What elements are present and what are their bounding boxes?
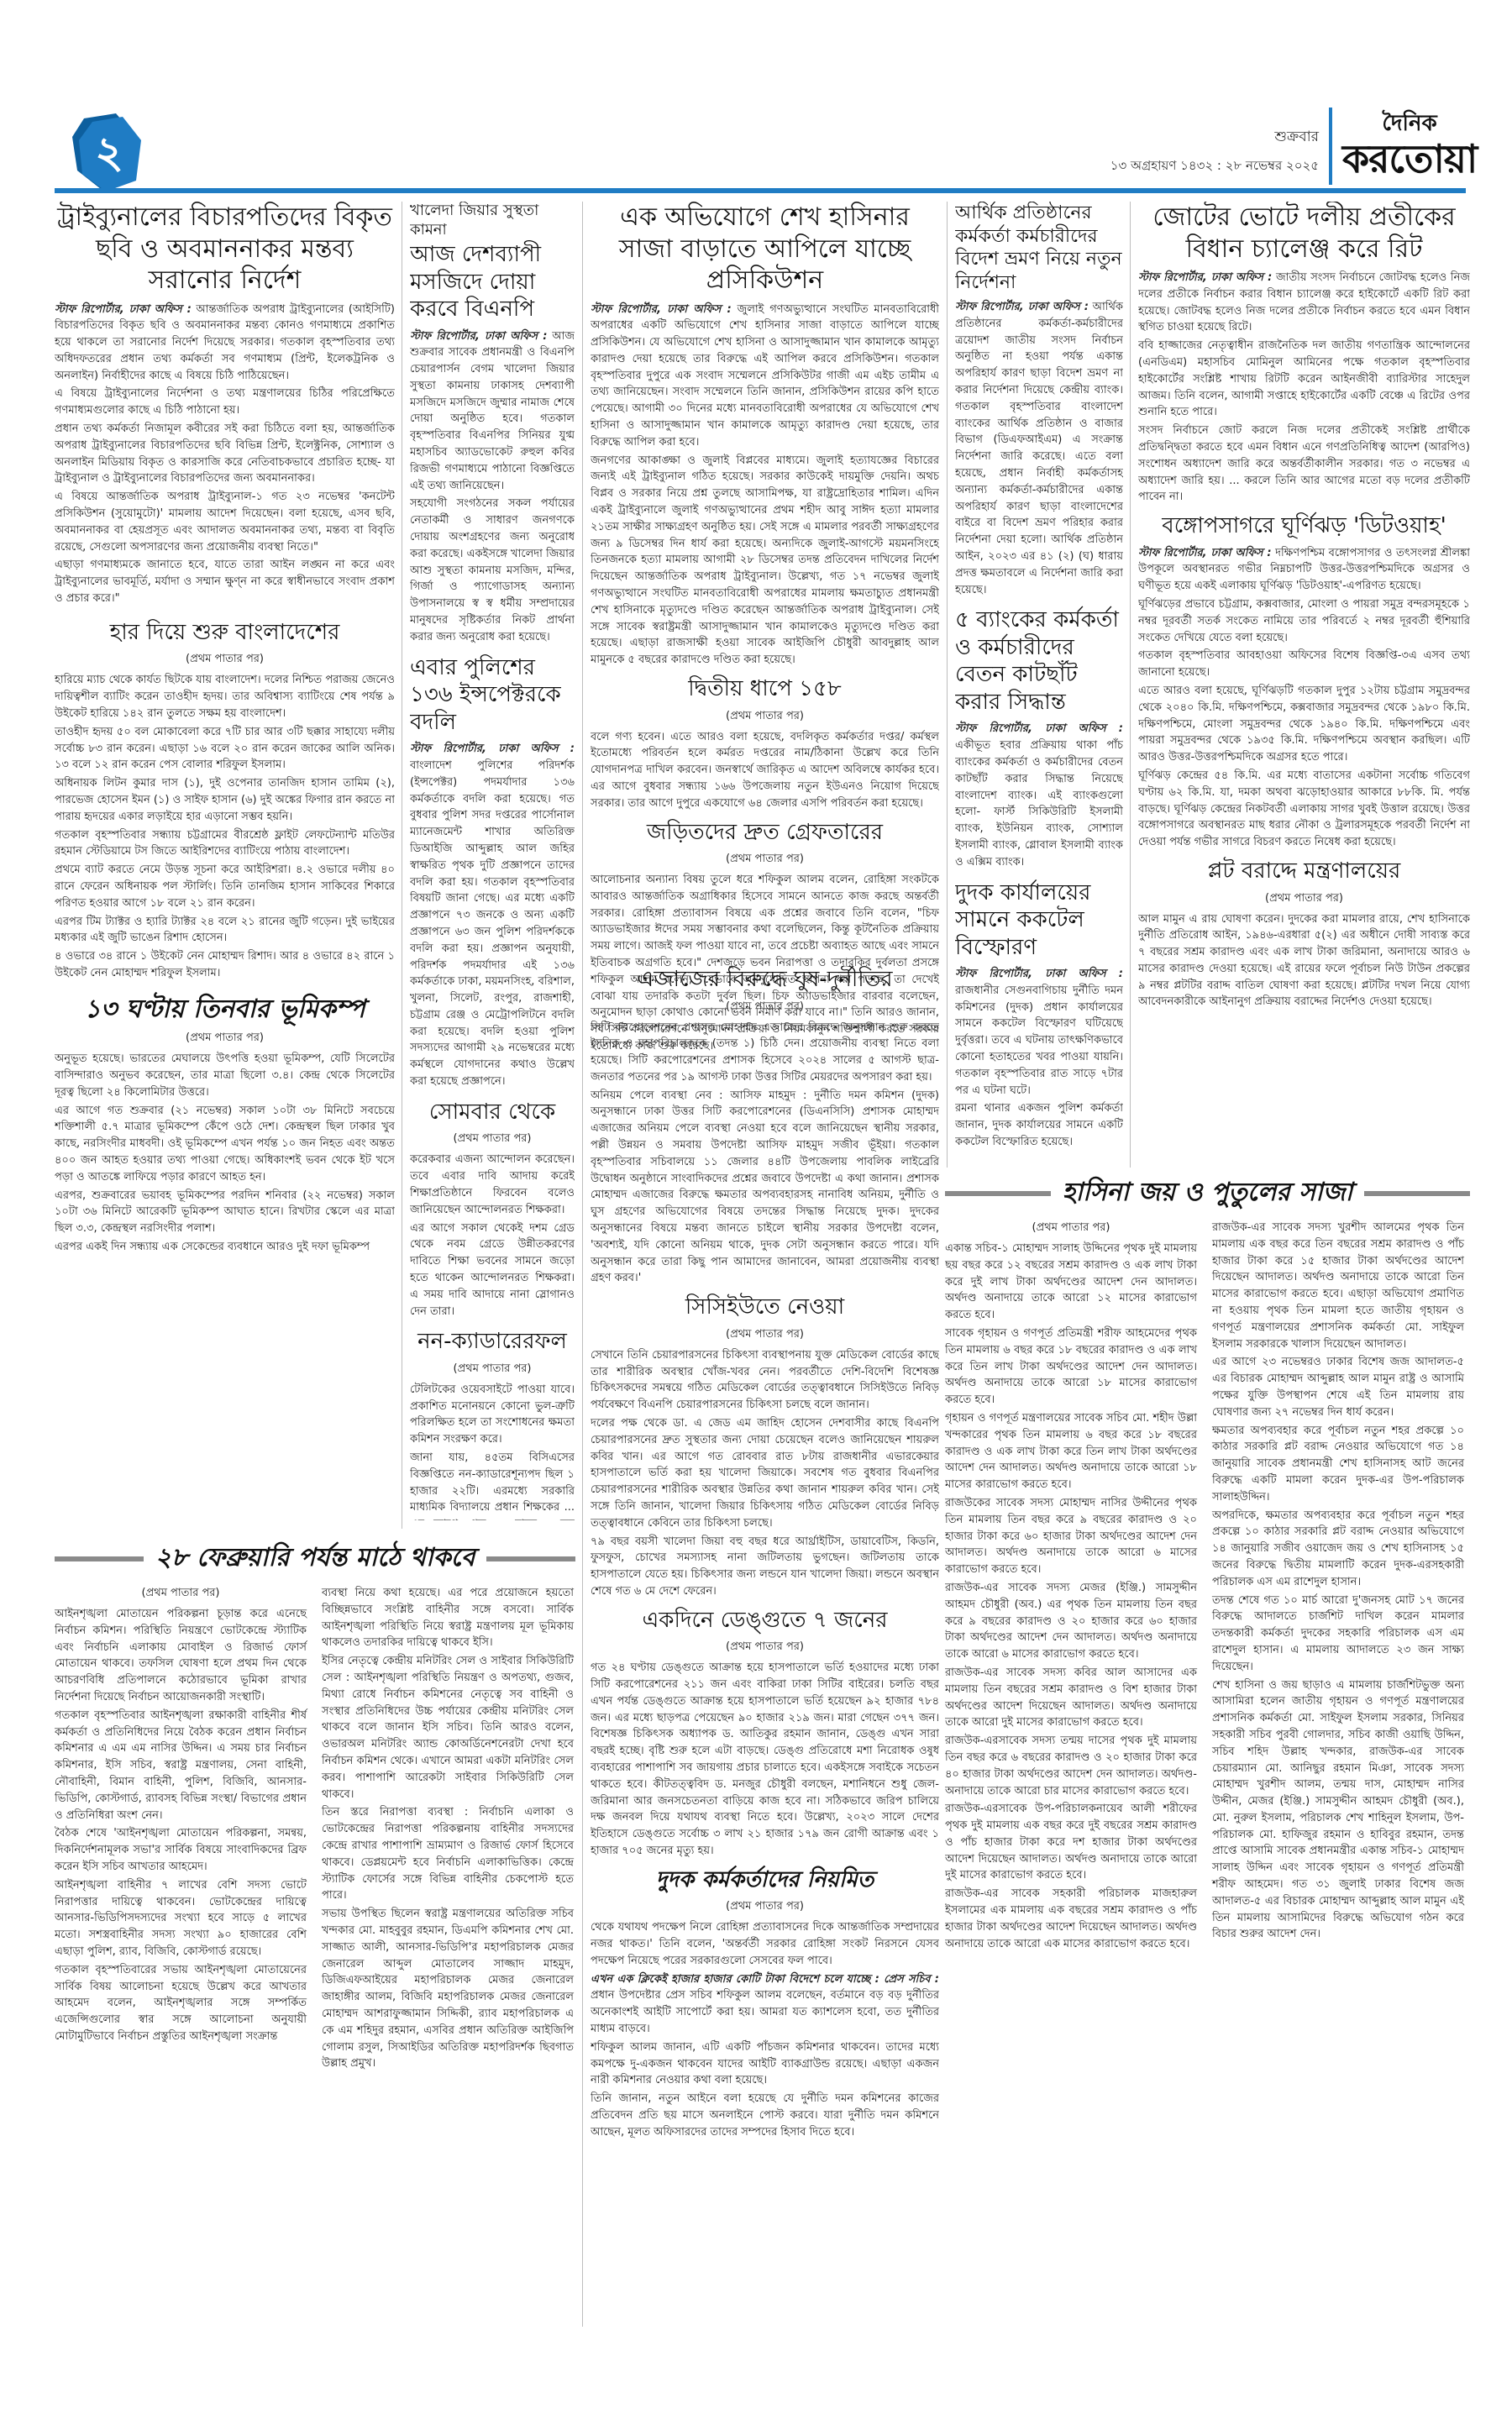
article-ejaz: এজাজের বিরুদ্ধে ঘুষ-দুর্নীতির (প্রথম পাত… <box>591 966 939 1287</box>
paragraph: রাজউক-এর সাবেক সদস্য কবির আল আসাদের এক ম… <box>945 1665 1197 1731</box>
paragraph: জানা যায়, ৪৫তম বিসিএসের বিজ্ঞপ্তিতে নন-… <box>410 1450 575 1520</box>
paragraph: জুলাই গণঅভ্যুত্থানে সংঘটিত মানবতাবিরোধী … <box>591 303 939 449</box>
headline[interactable]: ৫ ব্যাংকের কর্মকর্তা ও কর্মচারীদের বেতন … <box>955 606 1123 716</box>
paragraph: ইসির নেতৃত্বে কেন্দ্রীয় মনিটরিং সেল ও স… <box>322 1653 574 1803</box>
paragraph: গতকাল বৃহস্পতিবারের সভায় আইনশৃঙ্খলা মোত… <box>55 1962 307 2045</box>
paragraph: এর আগে গত শুক্রবার (২১ নভেম্বর) সকাল ১০ট… <box>55 1103 395 1186</box>
paragraph: আইনশৃঙ্খলা বাহিনীর ৭ লাখের বেশি সদস্য ভো… <box>55 1877 307 1960</box>
subhead: এখন এক ক্লিকেই হাজার হাজার কোটি টাকা বিদ… <box>591 1973 939 1986</box>
article-plot: প্লট বরাদ্দে মন্ত্রণালয়ের (প্রথম পাতার … <box>1138 858 1470 1010</box>
paragraph: ৭৯ বছর বয়সী খালেদা জিয়া বহু বছর ধরে আর… <box>591 1534 939 1600</box>
paragraph: এছাড়া গণমাধ্যমকে জানাতে হবে, যাতে তারা … <box>55 557 395 606</box>
headline[interactable]: নন-ক্যাডারেরফল <box>410 1328 575 1356</box>
paragraph: দলের পক্ষ থেকে ডা. এ জেড এম জাহিদ হোসেন … <box>591 1415 939 1532</box>
continued-note: (প্রথম পাতার পর) <box>55 1030 395 1047</box>
article-election: ২৮ ফেব্রুয়ারি পর্যন্ত মাঠে থাকবে (প্রথম… <box>55 1537 575 2327</box>
paragraph: অনিয়ম পেলে ব্যবস্থা নেব : আসিফ মাহমুদ :… <box>591 1088 939 1288</box>
paragraph: ঘূর্ণিঝড়ের প্রভাবে চট্টগ্রাম, কক্সবাজার… <box>1138 596 1470 646</box>
continued-note: (প্রথম পাতার পর) <box>410 1361 575 1378</box>
election-col-2: ব্যবস্থা নিয়ে কথা হয়েছে। এর পরে প্রয়ো… <box>322 1585 574 2074</box>
paragraph: রাজউক-এর সাবেক সদস্য খুরশীদ আলমের পৃথক ত… <box>1212 1220 1464 1352</box>
paragraph: শেখ হাসিনা ও জয় ছাড়াও এ মামলায় চার্জশ… <box>1212 1677 1464 1944</box>
paragraph: আর্থিক প্রতিষ্ঠানের কর্মকর্তা-কর্মচারীদে… <box>955 301 1123 596</box>
issue-date: ১৩ অগ্রহায়ণ ১৪৩২ : ২৮ নভেম্বর ২০২৫ <box>1110 156 1319 177</box>
paragraph: সাবেক গৃহায়ন ও গণপূর্ত প্রতিমন্ত্রী শরী… <box>945 1325 1197 1409</box>
headline[interactable]: একদিনে ডেঙ্গুতে ৭ জনের <box>591 1607 939 1635</box>
article-cricket: হার দিয়ে শুরু বাংলাদেশের (প্রথম পাতার প… <box>55 619 395 982</box>
column-5: জোটের ভোটে দলীয় প্রতীকের বিধান চ্যালেঞ্… <box>1138 202 1470 1168</box>
continued-note: (প্রথম পাতার পর) <box>591 1639 939 1656</box>
headline[interactable]: এজাজের বিরুদ্ধে ঘুষ-দুর্নীতির <box>591 966 939 994</box>
paragraph: তদন্ত শেষে গত ১০ মার্চ আরো দু'জনসহ মোট ১… <box>1212 1593 1464 1676</box>
paragraph: টেলিটকের ওয়েবসাইটে পাওয়া যাবে। প্রকাশি… <box>410 1382 575 1448</box>
paragraph: সভায় উপস্থিত ছিলেন স্বরাষ্ট্র মন্ত্রণাল… <box>322 1906 574 2072</box>
byline: স্টাফ রিপোর্টার, ঢাকা অফিস : <box>591 303 732 316</box>
headline[interactable]: দ্বিতীয় ধাপে ১৫৮ <box>591 675 939 703</box>
paragraph: গতকাল বৃহস্পতিবার আবহাওয়া অফিসের বিশেষ … <box>1138 648 1470 681</box>
paragraph: সংসদ নির্বাচনে জোট করলে নিজ দলের প্রতীকে… <box>1138 422 1470 506</box>
article-foreign-travel: আর্থিক প্রতিষ্ঠানের কর্মকর্তা কর্মচারীদে… <box>955 202 1123 598</box>
article-police: এবার পুলিশের ১৩৬ ইন্সপেক্টরকে বদলি স্টাফ… <box>410 654 575 1090</box>
article-dengue: একদিনে ডেঙ্গুতে ৭ জনের (প্রথম পাতার পর) … <box>591 1607 939 1860</box>
paragraph: বৈঠক শেষে 'আইনশৃঙ্খলা মোতায়েন পরিকল্পনা… <box>55 1825 307 1875</box>
paragraph: ৪ ওভারে ৩৪ রানে ১ উইকেট নেন মোহাম্মদ রিশ… <box>55 948 395 982</box>
paragraph: রাজউক-এরসাবেক উপ-পরিচালকনায়েব আলী শরীফে… <box>945 1801 1197 1884</box>
paragraph: এ বিষয়ে ট্রাইব্যুনালের নির্দেশনা ও তথ্য… <box>55 386 395 419</box>
hasina-joy-col-1: (প্রথম পাতার পর) একান্ত সচিব-১ মোহাম্মদ … <box>945 1220 1197 1954</box>
paragraph: অপরদিকে, ক্ষমতার অপব্যবহার করে পূর্বাচল … <box>1212 1508 1464 1591</box>
paragraph: এ বিষয়ে আন্তর্জাতিক অপরাধ ট্রাইব্যুনাল-… <box>55 489 395 555</box>
paragraph: বাংলাদেশ পুলিশের পরিদর্শক (ইন্সপেক্টর) প… <box>410 759 575 1088</box>
continued-note: (প্রথম পাতার পর) <box>55 1585 307 1603</box>
paragraph: একীভূত হবার প্রক্রিয়ায় থাকা পাঁচ ব্যাং… <box>955 739 1123 869</box>
paragraph: সিটি করপোরেশনের প্রশাসক মোহাম্মদ এজাজের … <box>591 1020 939 1086</box>
page-number: ২ <box>95 128 123 178</box>
paragraph: রাজউক-এর সাবেক সহকারী পরিচালক মাজহারুল ই… <box>945 1886 1197 1952</box>
article-ccu: সিসিইউতে নেওয়া (প্রথম পাতার পর) সেখানে … <box>591 1294 939 1599</box>
article-second-phase: দ্বিতীয় ধাপে ১৫৮ (প্রথম পাতার পর) বলে গ… <box>591 675 939 811</box>
rule-left <box>55 1556 144 1561</box>
byline: স্টাফ রিপোর্টার, ঢাকা অফিস : <box>410 330 547 343</box>
article-khaleda-dua: খালেদা জিয়ার সুস্থতা কামনা আজ দেশব্যাপী… <box>410 202 575 646</box>
byline: স্টাফ রিপোর্টার, ঢাকা অফিস : <box>1138 271 1272 284</box>
weekday: শুক্রবার <box>1110 126 1319 150</box>
headline[interactable]: হার দিয়ে শুরু বাংলাদেশের <box>55 619 395 647</box>
continued-note: (প্রথম পাতার পর) <box>591 999 939 1016</box>
byline: স্টাফ রিপোর্টার, ঢাকা অফিস : <box>955 968 1123 980</box>
paragraph: একান্ত সচিব-১ মোহাম্মদ সালাহ উদ্দিনের পৃ… <box>945 1241 1197 1324</box>
article-noncadre: নন-ক্যাডারেরফল (প্রথম পাতার পর) টেলিটকের… <box>410 1328 575 1520</box>
article-hasina-appeal: এক অভিযোগে শেখ হাসিনার সাজা বাড়াতে আপিল… <box>591 202 939 669</box>
paragraph: আইনশৃঙ্খলা মোতায়েন পরিকল্পনা চূড়ান্ত ক… <box>55 1606 307 1706</box>
paragraph: সেখানে তিনি চেয়ারপারসনের চিকিৎসা ব্যবস্… <box>591 1347 939 1414</box>
paragraph: থেকে যথাযথ পদক্ষেপ নিলে রোহিঙ্গা প্রত্যা… <box>591 1919 939 1969</box>
article-alliance: জোটের ভোটে দলীয় প্রতীকের বিধান চ্যালেঞ্… <box>1138 202 1470 506</box>
paragraph: ব্যবস্থা নিয়ে কথা হয়েছে। এর পরে প্রয়ো… <box>322 1585 574 1651</box>
paragraph: আল মামুন এ রায় ঘোষণা করেন। দুদকের করা ম… <box>1138 911 1470 1011</box>
continued-note: (প্রথম পাতার পর) <box>591 1898 939 1916</box>
paragraph: এরপর, শুক্রবারের ভয়াবহ ভূমিকম্পের পরদিন… <box>55 1188 395 1237</box>
paragraph: এরপর টিম ট্যাক্টর ও হ্যারি ট্যাক্টর ২৪ ব… <box>55 914 395 947</box>
headline[interactable]: ১৩ ঘণ্টায় তিনবার ভূমিকম্প <box>55 994 395 1026</box>
hasina-joy-col-2: রাজউক-এর সাবেক সদস্য খুরশীদ আলমের পৃথক ত… <box>1212 1220 1464 1954</box>
article-monday: সোমবার থেকে (প্রথম পাতার পর) করেকবার এজন… <box>410 1099 575 1320</box>
paragraph: অধিনায়ক লিটন কুমার দাস (১), দুই ওপেনার … <box>55 775 395 825</box>
article-cocktail: দুদক কার্যালয়ের সামনে ককটেল বিস্ফোরণ স্… <box>955 879 1123 1151</box>
article-tribunal: ট্রাইব্যুনালের বিচারপতিদের বিকৃত ছবি ও অ… <box>55 202 395 607</box>
paragraph: বলে গণ্য হবেন। এতে আরও বলা হয়েছে, বদলিক… <box>591 729 939 812</box>
article-acc-officials: দুদক কর্মকর্তাদের নিয়মিত (প্রথম পাতার প… <box>591 1866 939 2141</box>
paragraph: ঘূর্ণিঝড় কেন্দ্রের ৫৪ কি.মি. এর মধ্যে ব… <box>1138 768 1470 851</box>
paragraph: এর আগে ২৩ নভেম্বরও ঢাকার বিশেষ জজ আদালত-… <box>1212 1354 1464 1420</box>
paragraph: করেকবার এজন্য আন্দোলন করেছেন। তবে এবার দ… <box>410 1152 575 1218</box>
paragraph: ববি হাজ্জাজের নেতৃত্বাধীন রাজনৈতিক দল জা… <box>1138 338 1470 421</box>
rule-left <box>945 1191 1051 1196</box>
byline: স্টাফ রিপোর্টার, ঢাকা অফিস : <box>55 303 192 316</box>
column-3-lower: এজাজের বিরুদ্ধে ঘুষ-দুর্নীতির (প্রথম পাত… <box>591 966 939 2327</box>
paragraph: রাজধানীর সেগুনবাগিচায় দুর্নীতি দমন কমিশ… <box>955 984 1123 1097</box>
continued-note: (প্রথম পাতার পর) <box>55 651 395 669</box>
column-2: খালেদা জিয়ার সুস্থতা কামনা আজ দেশব্যাপী… <box>410 202 575 1520</box>
section-heading: ২৮ ফেব্রুয়ারি পর্যন্ত মাঠে থাকবে <box>55 1537 575 1580</box>
headline[interactable]: ২৮ ফেব্রুয়ারি পর্যন্ত মাঠে থাকবে <box>155 1537 475 1580</box>
paragraph: হারিয়ে ম্যাচ থেকে কার্যত ছিটকে যায় বাং… <box>55 672 395 722</box>
continued-note: (প্রথম পাতার পর) <box>945 1220 1197 1237</box>
masthead-title: করতোয়া <box>1342 136 1477 181</box>
paragraph: রাজউকের সাবেক সদস্য মোহাম্মদ নাসির উদ্দী… <box>945 1495 1197 1578</box>
continued-note: (প্রথম পাতার পর) <box>1138 890 1470 908</box>
paragraph: প্রধান উপদেষ্টার প্রেস সচিব শফিকুল আলম ব… <box>591 1989 939 2035</box>
paragraph: এরপর একই দিন সন্ধ্যায় এক সেকেন্ডের ব্যব… <box>55 1239 395 1256</box>
paragraph: আজ শুক্রবার সাবেক প্রধানমন্ত্রী ও বিএনপি… <box>410 330 575 492</box>
headline[interactable]: বঙ্গোপসাগরে ঘূর্ণিঝড় 'ডিটওয়াহ' <box>1138 512 1470 540</box>
column-4: আর্থিক প্রতিষ্ঠানের কর্মকর্তা কর্মচারীদে… <box>955 202 1123 1168</box>
headline[interactable]: হাসিনা জয় ও পুতুলের সাজা <box>1063 1172 1353 1215</box>
headline[interactable]: আর্থিক প্রতিষ্ঠানের কর্মকর্তা কর্মচারীদে… <box>955 202 1123 294</box>
byline: স্টাফ রিপোর্টার, ঢাকা অফিস : <box>955 722 1123 735</box>
headline[interactable]: সোমবার থেকে <box>410 1099 575 1126</box>
header-rule <box>55 188 1466 193</box>
continued-note: (প্রথম পাতার পর) <box>410 1131 575 1148</box>
paragraph: রাজউক-এরসাবেক সদস্য তন্ময় দাসের পৃথক দু… <box>945 1733 1197 1799</box>
headline[interactable]: সিসিইউতে নেওয়া <box>591 1294 939 1321</box>
paragraph: গতকাল বৃহস্পতিবার সন্ধ্যায় চট্টগ্রামের … <box>55 827 395 861</box>
paragraph: প্রথমে ব্যাট করতে নেমে উড়ন্ত সূচনা করে … <box>55 862 395 911</box>
paragraph: তাওহীদ হৃদয় ৫০ বল মোকাবেলা করে ৭টি চার … <box>55 724 395 774</box>
masthead-prefix: দৈনিক <box>1342 111 1477 136</box>
article-hasina-joy: হাসিনা জয় ও পুতুলের সাজা (প্রথম পাতার প… <box>945 1172 1470 2327</box>
headline[interactable]: জোটের ভোটে দলীয় প্রতীকের বিধান চ্যালেঞ্… <box>1138 202 1470 265</box>
kicker: খালেদা জিয়ার সুস্থতা কামনা <box>410 202 575 239</box>
headline[interactable]: দুদক কার্যালয়ের সামনে ককটেল বিস্ফোরণ <box>955 879 1123 962</box>
page-number-badge: ২ <box>67 112 143 192</box>
paragraph: গতকাল বৃহস্পতিবার আইনশৃঙ্খলা রক্ষাকারী ব… <box>55 1708 307 1824</box>
paragraph: প্রধান তথ্য কর্মকর্তা নিজামূল কবীরের সই … <box>55 421 395 487</box>
headline[interactable]: জড়িতদের দ্রুত গ্রেফতারের <box>591 819 939 847</box>
paragraph: শফিকুল আলম জানান, এটি একটি পাঁচজন কমিশনা… <box>591 2039 939 2089</box>
article-cyclone: বঙ্গোপসাগরে ঘূর্ণিঝড় 'ডিটওয়াহ' স্টাফ র… <box>1138 512 1470 851</box>
paragraph: ক্ষমতার অপব্যবহার করে পূর্বাচল নতুন শহর … <box>1212 1423 1464 1506</box>
dateline: শুক্রবার ১৩ অগ্রহায়ণ ১৪৩২ : ২৮ নভেম্বর … <box>1110 126 1319 177</box>
headline[interactable]: প্লট বরাদ্দে মন্ত্রণালয়ের <box>1138 858 1470 885</box>
headline[interactable]: এবার পুলিশের ১৩৬ ইন্সপেক্টরকে বদলি <box>410 654 575 737</box>
byline: স্টাফ রিপোর্টার, ঢাকা অফিস : <box>955 301 1089 313</box>
masthead-divider <box>1329 108 1332 185</box>
paragraph: সহযোগী সংগঠনের সকল পর্যায়ের নেতাকর্মী ও… <box>410 496 575 645</box>
section-heading: হাসিনা জয় ও পুতুলের সাজা <box>945 1172 1470 1215</box>
rule-right <box>486 1556 575 1561</box>
article-five-banks: ৫ ব্যাংকের কর্মকর্তা ও কর্মচারীদের বেতন … <box>955 606 1123 870</box>
headline[interactable]: এক অভিযোগে শেখ হাসিনার সাজা বাড়াতে আপিল… <box>591 202 939 297</box>
paragraph: গত ২৪ ঘণ্টায় ডেঙ্গুতে আক্রান্ত হয়ে হাস… <box>591 1660 939 1860</box>
paragraph: রমনা থানার একজন পুলিশ কর্মকর্তা জানান, দ… <box>955 1100 1123 1150</box>
byline: স্টাফ রিপোর্টার, ঢাকা অফিস : <box>410 743 575 755</box>
headline[interactable]: ট্রাইব্যুনালের বিচারপতিদের বিকৃত ছবি ও অ… <box>55 202 395 297</box>
paragraph: তিন স্তরে নিরাপত্তা ব্যবস্থা : নির্বাচনি… <box>322 1804 574 1904</box>
headline[interactable]: আজ দেশব্যাপী মসজিদে দোয়া করবে বিএনপি <box>410 241 575 323</box>
paragraph: অনুভূত হয়েছে। ভারতের মেঘালয়ে উৎপত্তি হ… <box>55 1051 395 1100</box>
column-1: ট্রাইব্যুনালের বিচারপতিদের বিকৃত ছবি ও অ… <box>55 202 395 1520</box>
paragraph: রাজউক-এর সাবেক সদস্য মেজর (ইঞ্জি.) সামসু… <box>945 1580 1197 1663</box>
headline[interactable]: দুদক কর্মকর্তাদের নিয়মিত <box>591 1866 939 1894</box>
continued-note: (প্রথম পাতার পর) <box>591 851 939 869</box>
article-earthquake: ১৩ ঘণ্টায় তিনবার ভূমিকম্প (প্রথম পাতার … <box>55 994 395 1256</box>
continued-note: (প্রথম পাতার পর) <box>591 708 939 726</box>
rule-right <box>1364 1191 1470 1196</box>
paragraph: এতে আরও বলা হয়েছে, ঘূর্ণিঝড়টি গতকাল দু… <box>1138 683 1470 766</box>
continued-note: (প্রথম পাতার পর) <box>591 1326 939 1344</box>
paragraph: জনগণের আকাঙ্ক্ষা ও জুলাই বিপ্লবের মাধ্যম… <box>591 453 939 669</box>
paragraph: গৃহায়ন ও গণপূর্ত মন্ত্রণালয়ের সাবেক সচ… <box>945 1410 1197 1493</box>
paragraph: তিনি জানান, নতুন আইনে বলা হয়েছে যে দুর্… <box>591 2091 939 2140</box>
paragraph: এর আগে সকাল থেকেই দশম গ্রেড থেকে নবম গ্র… <box>410 1220 575 1320</box>
election-col-1: (প্রথম পাতার পর) আইনশৃঙ্খলা মোতায়েন পরি… <box>55 1585 307 2074</box>
byline: স্টাফ রিপোর্টার, ঢাকা অফিস : <box>1138 547 1272 559</box>
masthead: দৈনিক করতোয়া <box>1342 111 1477 181</box>
